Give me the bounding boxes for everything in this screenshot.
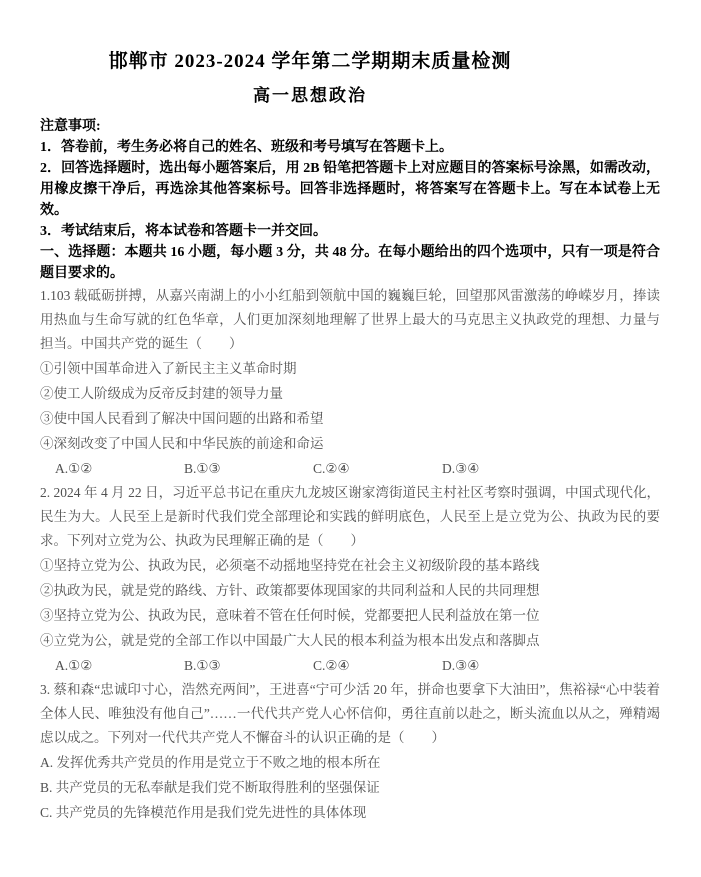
- question-2-statement-1: ①坚持立党为公、执政为民，必须毫不动摇地坚持党在社会主义初级阶段的基本路线: [40, 553, 660, 578]
- question-2-statement-4: ④立党为公，就是党的全部工作以中国最广大人民的根本利益为根本出发点和落脚点: [40, 628, 660, 653]
- question-1-statement-1: ①引领中国革命进入了新民主主义革命时期: [40, 356, 660, 381]
- question-1-choice-d: D.③④: [442, 456, 571, 481]
- question-1-choice-b: B.①③: [184, 456, 313, 481]
- question-3-choice-b: B. 共产党员的无私奉献是我们党不断取得胜利的坚强保证: [40, 775, 660, 800]
- question-1-statement-3: ③使中国人民看到了解决中国问题的出路和希望: [40, 406, 660, 431]
- question-3-choice-a: A. 发挥优秀共产党员的作用是党立于不败之地的根本所在: [40, 750, 660, 775]
- question-2-choice-c: C.②④: [313, 653, 442, 678]
- notice-heading: 注意事项:: [40, 116, 660, 137]
- question-2-statement-3: ③坚持立党为公、执政为民，意味着不管在任何时候，党都要把人民利益放在第一位: [40, 603, 660, 628]
- question-2-choices: A.①② B.①③ C.②④ D.③④: [40, 653, 660, 678]
- question-1-choice-c: C.②④: [313, 456, 442, 481]
- exam-subject: 高一思想政治: [0, 85, 620, 107]
- exam-title: 邯郸市 2023-2024 学年第二学期期末质量检测: [0, 50, 620, 74]
- notice-item-2: 2．回答选择题时，选出每小题答案后，用 2B 铅笔把答题卡上对应题目的答案标号涂…: [40, 158, 660, 221]
- question-3-stem: 3. 蔡和森“忠诚印寸心，浩然充两间”，王进喜“宁可少活 20 年，拼命也要拿下…: [40, 678, 660, 750]
- section-header: 一、选择题：本题共 16 小题，每小题 3 分，共 48 分。在每小题给出的四个…: [40, 242, 660, 284]
- question-3: 3. 蔡和森“忠诚印寸心，浩然充两间”，王进喜“宁可少活 20 年，拼命也要拿下…: [40, 678, 660, 825]
- notice-item-1: 1．答卷前，考生务必将自己的姓名、班级和考号填写在答题卡上。: [40, 137, 660, 158]
- question-1-stem: 1.103 载砥砺拼搏，从嘉兴南湖上的小小红船到领航中国的巍巍巨轮，回望那风雷激…: [40, 284, 660, 356]
- question-2: 2. 2024 年 4 月 22 日，习近平总书记在重庆九龙坡区谢家湾街道民主村…: [40, 481, 660, 678]
- exam-paper-page: 邯郸市 2023-2024 学年第二学期期末质量检测 高一思想政治 注意事项: …: [0, 0, 701, 877]
- question-3-choice-c: C. 共产党员的先锋模范作用是我们党先进性的具体体现: [40, 800, 660, 825]
- question-1: 1.103 载砥砺拼搏，从嘉兴南湖上的小小红船到领航中国的巍巍巨轮，回望那风雷激…: [40, 284, 660, 481]
- question-2-stem: 2. 2024 年 4 月 22 日，习近平总书记在重庆九龙坡区谢家湾街道民主村…: [40, 481, 660, 553]
- question-2-statement-2: ②执政为民，就是党的路线、方针、政策都要体现国家的共同利益和人民的共同理想: [40, 578, 660, 603]
- question-1-choice-a: A.①②: [55, 456, 184, 481]
- question-2-choice-a: A.①②: [55, 653, 184, 678]
- page-content: 邯郸市 2023-2024 学年第二学期期末质量检测 高一思想政治 注意事项: …: [0, 0, 701, 825]
- question-2-choice-d: D.③④: [442, 653, 571, 678]
- notice-item-3: 3．考试结束后，将本试卷和答题卡一并交回。: [40, 221, 660, 242]
- question-1-statement-2: ②使工人阶级成为反帝反封建的领导力量: [40, 381, 660, 406]
- question-1-statement-4: ④深刻改变了中国人民和中华民族的前途和命运: [40, 431, 660, 456]
- question-2-choice-b: B.①③: [184, 653, 313, 678]
- question-1-choices: A.①② B.①③ C.②④ D.③④: [40, 456, 660, 481]
